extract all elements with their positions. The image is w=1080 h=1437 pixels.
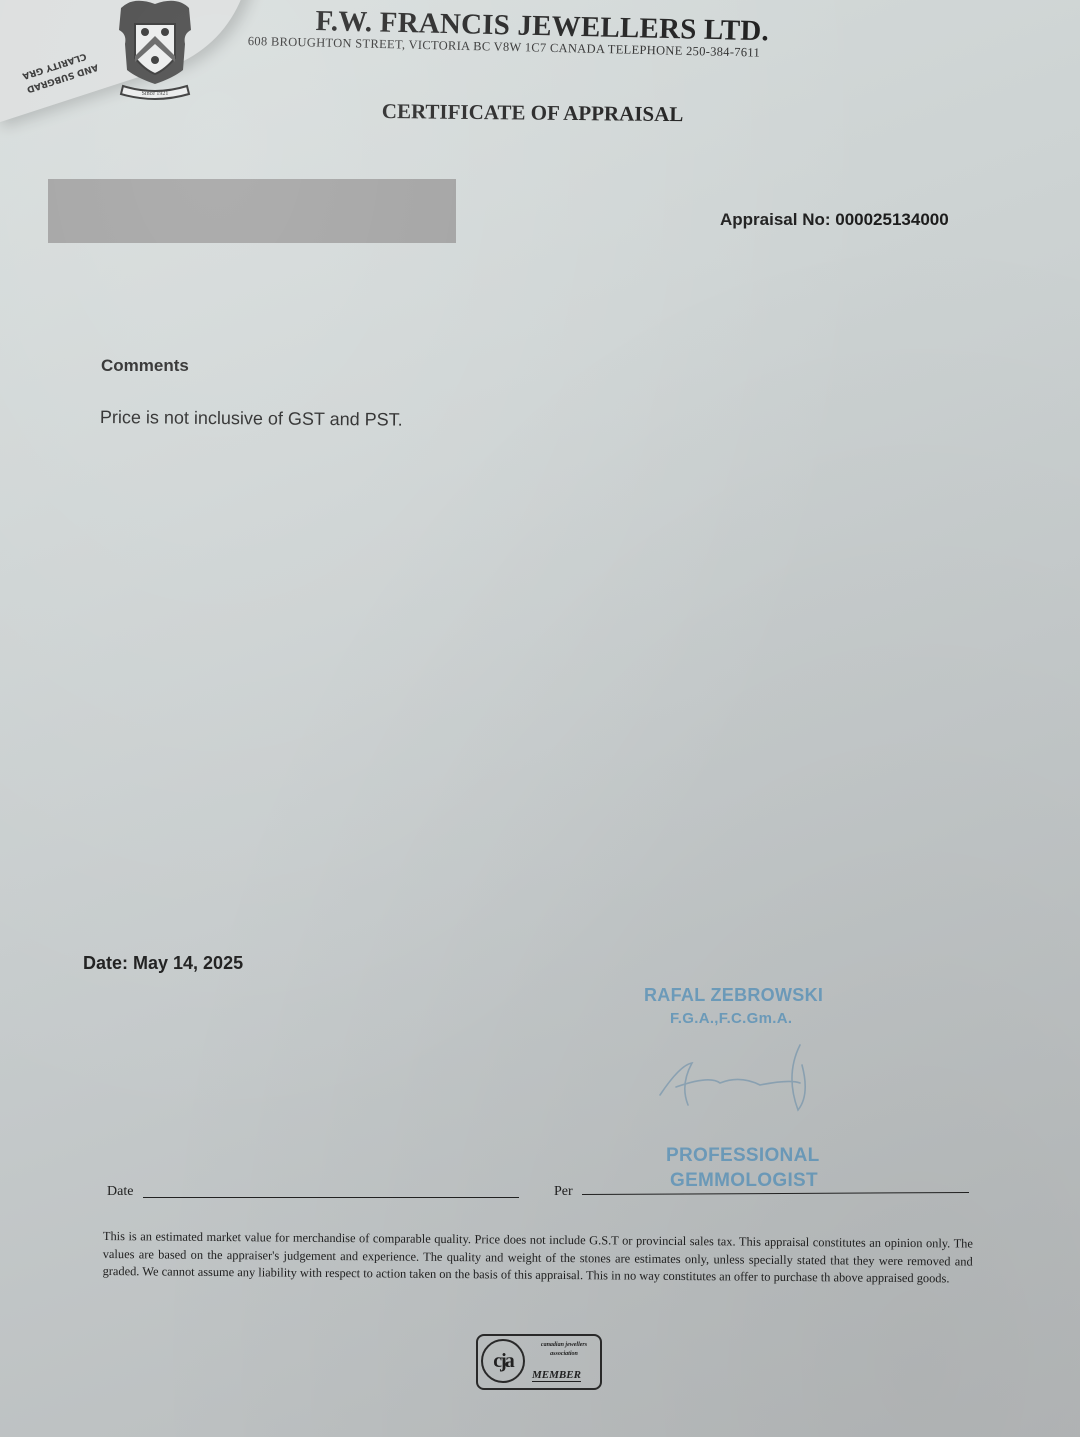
coat-of-arms-crest-icon: Since 1921 (113, 0, 197, 104)
issue-date: Date: May 14, 2025 (83, 953, 243, 974)
appraiser-qualifications-stamp: F.G.A.,F.C.Gm.A. (670, 1010, 792, 1027)
redacted-customer-info (48, 179, 456, 243)
date-signature-line (143, 1197, 519, 1198)
certificate-title: CERTIFICATE OF APPRAISAL (382, 99, 684, 127)
handwritten-signature-icon (650, 1035, 830, 1115)
cja-member-badge: cja canadian jewellers association MEMBE… (476, 1334, 602, 1390)
cja-logo-icon: cja (481, 1339, 525, 1383)
title-stamp-line1: PROFESSIONAL (666, 1145, 820, 1167)
appraisal-certificate-page: CLARITY GRA AND SUBGRAD Since 1921 F.W. … (0, 0, 1080, 1437)
date-line-label: Date (107, 1184, 133, 1200)
member-label: MEMBER (532, 1369, 581, 1382)
disclaimer-text: This is an estimated market value for me… (103, 1228, 973, 1288)
appraisal-number: Appraisal No: 000025134000 (720, 210, 949, 230)
per-line-label: Per (554, 1184, 573, 1200)
title-stamp-line2: GEMMOLOGIST (670, 1170, 818, 1192)
per-signature-line (582, 1192, 969, 1195)
crest-motto: Since 1921 (142, 91, 169, 97)
comments-text: Price is not inclusive of GST and PST. (100, 407, 403, 431)
comments-heading: Comments (101, 356, 189, 376)
appraiser-name-stamp: RAFAL ZEBROWSKI (644, 985, 823, 1006)
association-name: canadian jewellers association (530, 1341, 598, 1359)
